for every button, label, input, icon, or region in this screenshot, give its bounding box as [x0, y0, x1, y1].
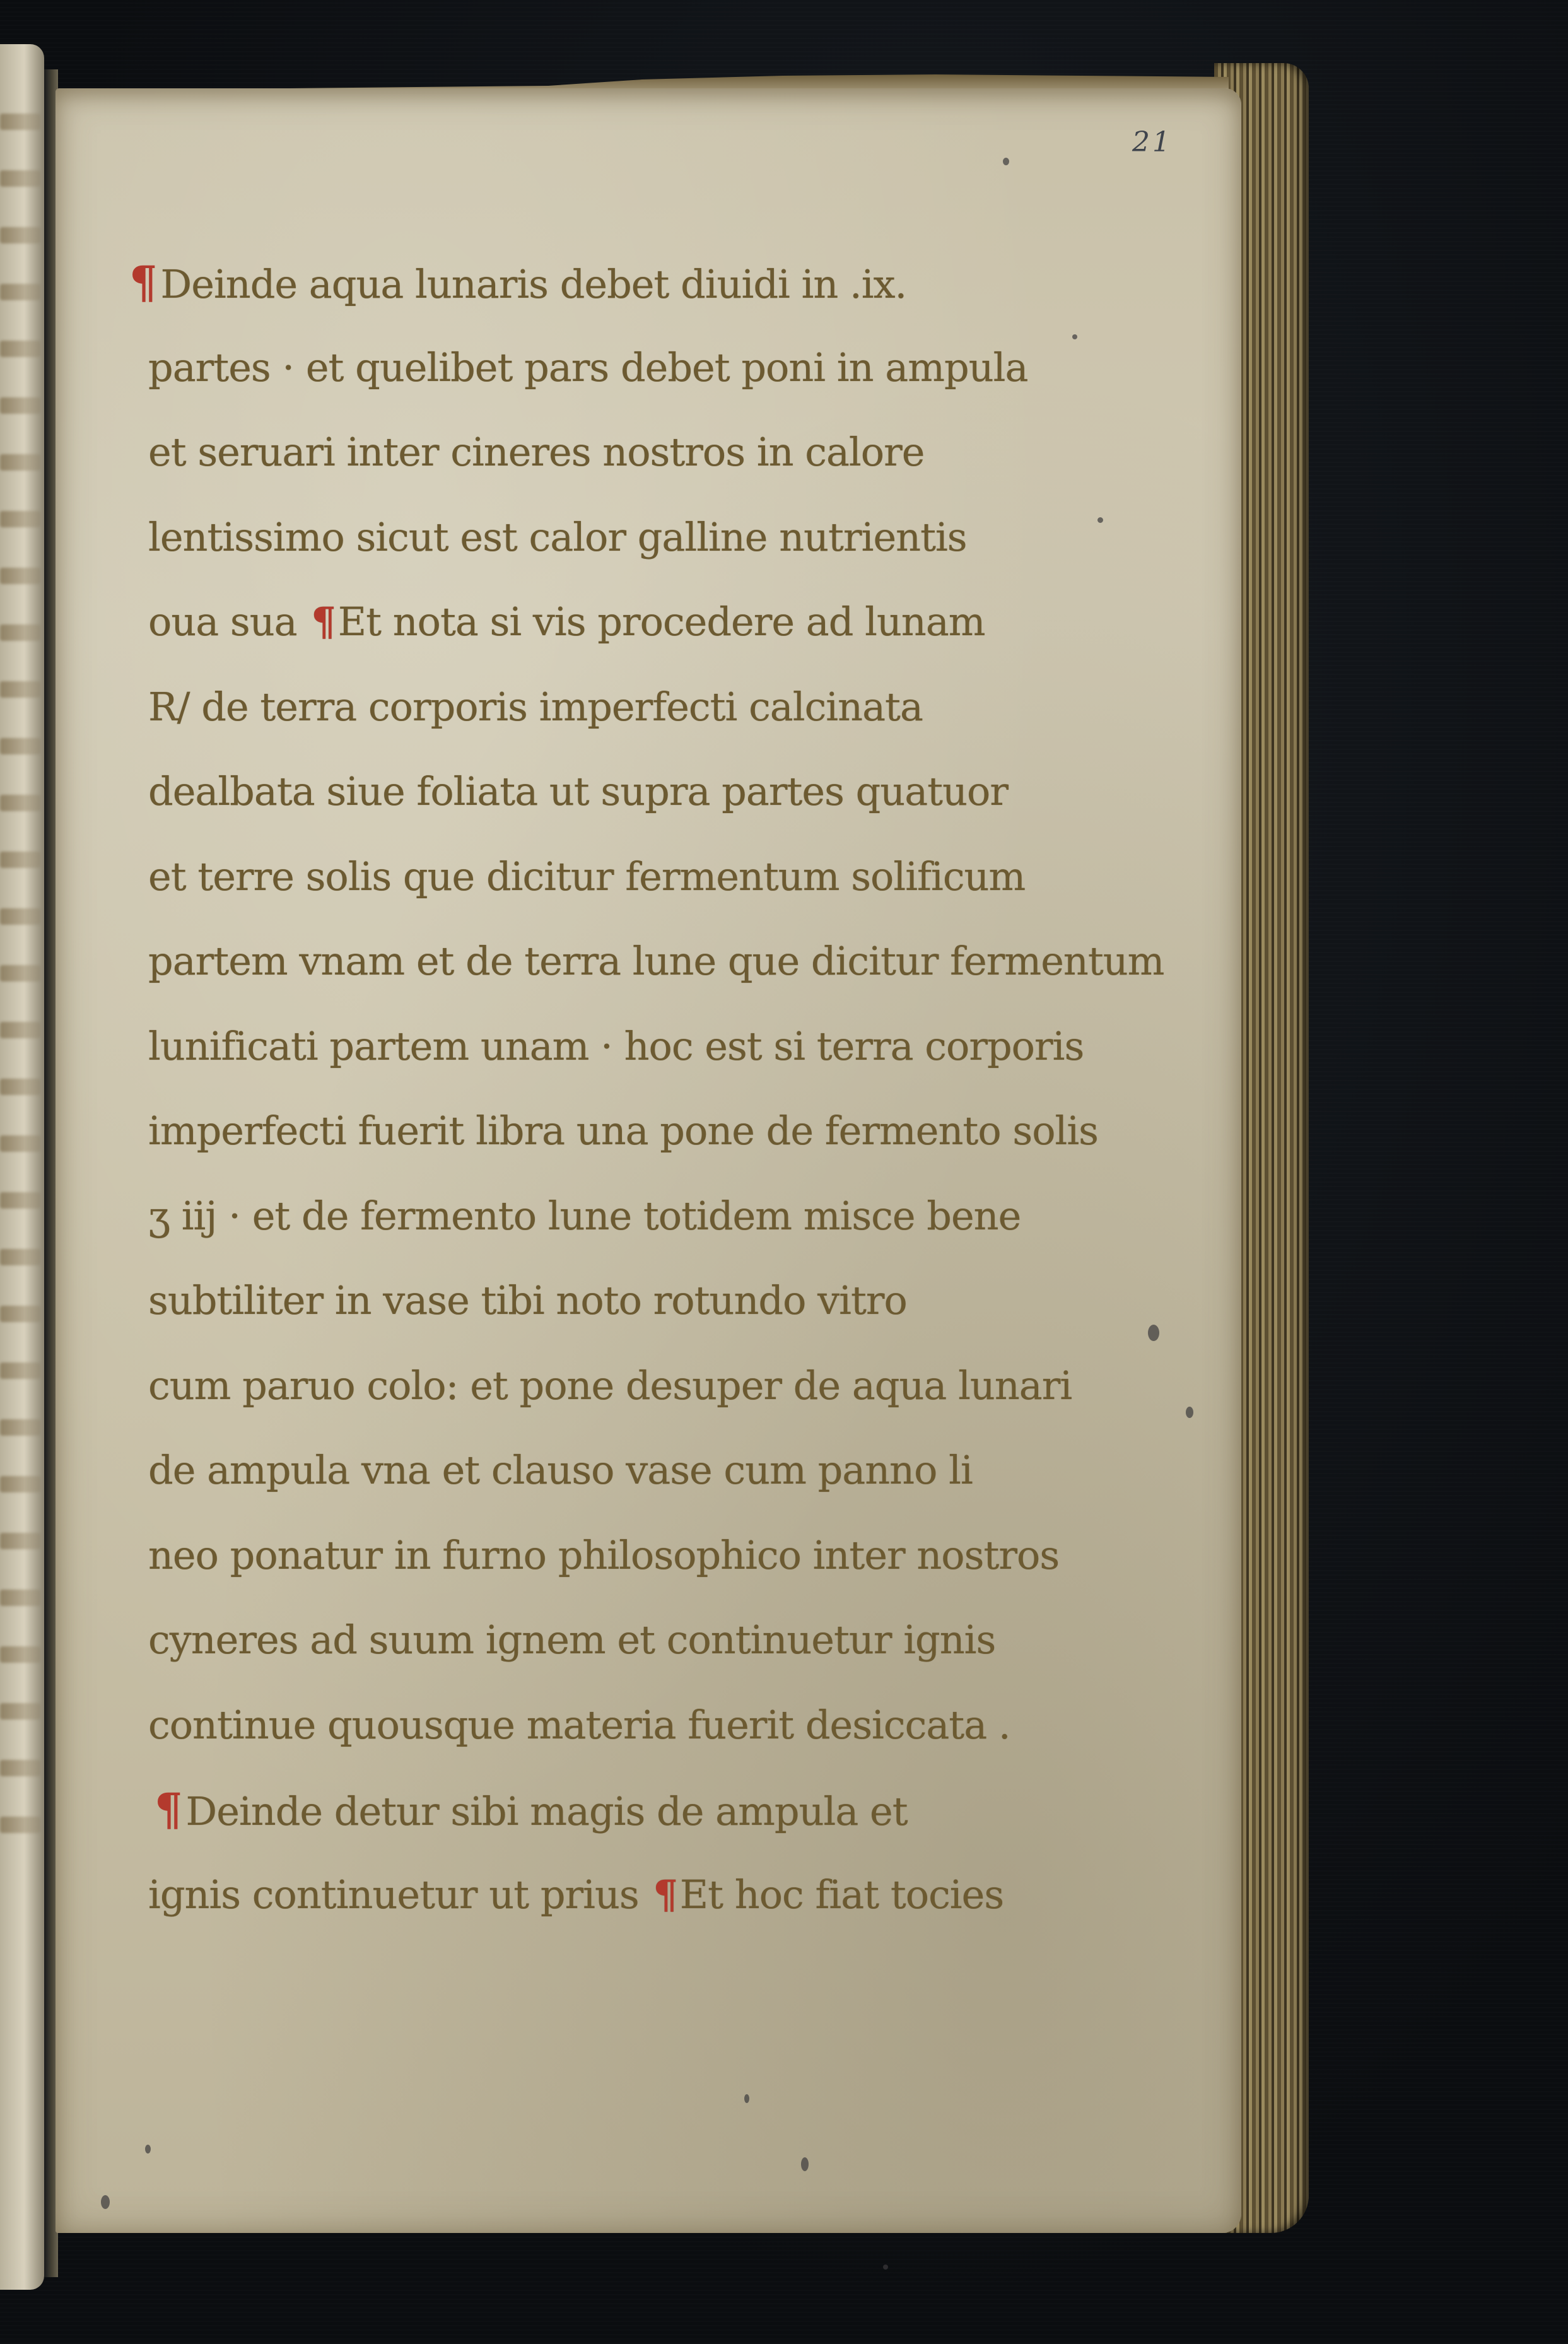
folio-number: 21 [1132, 126, 1173, 158]
line-text: Et nota si vis procedere ad lunam [338, 599, 985, 645]
text-line-13: subtiliter in vase tibi noto rotundo vit… [129, 1269, 1025, 1354]
text-line-6: R/ de terra corporis imperfecti calcinat… [129, 676, 1025, 761]
line-text: partes · et quelibet pars debet poni in … [148, 344, 1027, 390]
ink-speck [744, 2094, 749, 2103]
ink-speck [883, 2265, 888, 2270]
ink-speck [101, 2195, 110, 2209]
line-text: Deinde detur sibi magis de ampula et [186, 1788, 908, 1834]
text-line-8: et terre solis que dicitur fermentum sol… [129, 845, 1025, 930]
ink-speck [801, 2157, 809, 2171]
line-text: partem vnam et de terra lune que dicitur… [148, 938, 1164, 984]
rubric-paragraph-mark: ¶ [155, 1778, 182, 1841]
text-line-9: partem vnam et de terra lune que dicitur… [129, 930, 1025, 1015]
text-line-7: dealbata siue foliata ut supra partes qu… [129, 760, 1025, 845]
ink-speck [1072, 334, 1077, 339]
text-line-3: et seruari inter cineres nostros in calo… [129, 421, 1025, 506]
ink-speck [1003, 158, 1009, 165]
rubric-paragraph-mark: ¶ [311, 599, 335, 645]
line-text: neo ponatur in furno philosophico inter … [148, 1532, 1059, 1578]
text-line-16: neo ponatur in furno philosophico inter … [129, 1524, 1025, 1609]
line-text: lentissimo sicut est calor galline nutri… [148, 514, 967, 560]
line-text: cum paruo colo: et pone desuper de aqua … [148, 1362, 1072, 1409]
ink-speck [1148, 1325, 1159, 1341]
line-text: Deinde aqua lunaris debet diuidi in .ix. [161, 261, 907, 307]
text-line-5: oua sua ¶Et nota si vis procedere ad lun… [129, 590, 1025, 676]
line-text: subtiliter in vase tibi noto rotundo vit… [148, 1277, 907, 1323]
line-text: continue quousque materia fuerit desicca… [148, 1702, 1010, 1748]
main-text-block: ¶Deinde aqua lunaris debet diuidi in .ix… [129, 251, 1025, 1948]
line-text: dealbata siue foliata ut supra partes qu… [148, 768, 1008, 814]
line-text: imperfecti fuerit libra una pone de ferm… [148, 1108, 1098, 1154]
ink-speck [1097, 517, 1103, 523]
text-line-20: ignis continuetur ut prius ¶Et hoc fiat … [129, 1863, 1025, 1948]
text-line-11: imperfecti fuerit libra una pone de ferm… [129, 1099, 1025, 1185]
line-text: Et hoc fiat tocies [680, 1872, 1003, 1918]
text-line-1: ¶Deinde aqua lunaris debet diuidi in .ix… [129, 251, 1025, 336]
ink-speck [145, 2145, 151, 2154]
facing-page-edge [0, 44, 44, 2290]
line-text: lunificati partem unam · hoc est si terr… [148, 1023, 1084, 1069]
line-text: oua sua [148, 599, 297, 645]
text-line-14: cum paruo colo: et pone desuper de aqua … [129, 1354, 1025, 1439]
text-line-19: ¶Deinde detur sibi magis de ampula et [129, 1778, 1025, 1863]
line-text: et seruari inter cineres nostros in calo… [148, 429, 924, 475]
text-line-18: continue quousque materia fuerit desicca… [129, 1694, 1025, 1779]
text-line-15: de ampula vna et clauso vase cum panno l… [129, 1439, 1025, 1524]
line-text: R/ de terra corporis imperfecti calcinat… [148, 684, 923, 730]
rubric-paragraph-mark: ¶ [129, 251, 157, 314]
rubric-paragraph-mark: ¶ [653, 1872, 677, 1918]
text-line-12: ʒ iij · et de fermento lune totidem misc… [129, 1185, 1025, 1270]
text-line-10: lunificati partem unam · hoc est si terr… [129, 1015, 1025, 1100]
line-text: cyneres ad suum ignem et continuetur ign… [148, 1617, 995, 1663]
line-text: ignis continuetur ut prius [148, 1872, 639, 1918]
text-line-4: lentissimo sicut est calor galline nutri… [129, 506, 1025, 591]
text-line-2: partes · et quelibet pars debet poni in … [129, 336, 1025, 421]
line-text: ʒ iij · et de fermento lune totidem misc… [148, 1193, 1021, 1239]
line-text: de ampula vna et clauso vase cum panno l… [148, 1447, 973, 1493]
line-text: et terre solis que dicitur fermentum sol… [148, 853, 1025, 900]
ink-speck [1186, 1407, 1193, 1418]
text-line-17: cyneres ad suum ignem et continuetur ign… [129, 1609, 1025, 1694]
